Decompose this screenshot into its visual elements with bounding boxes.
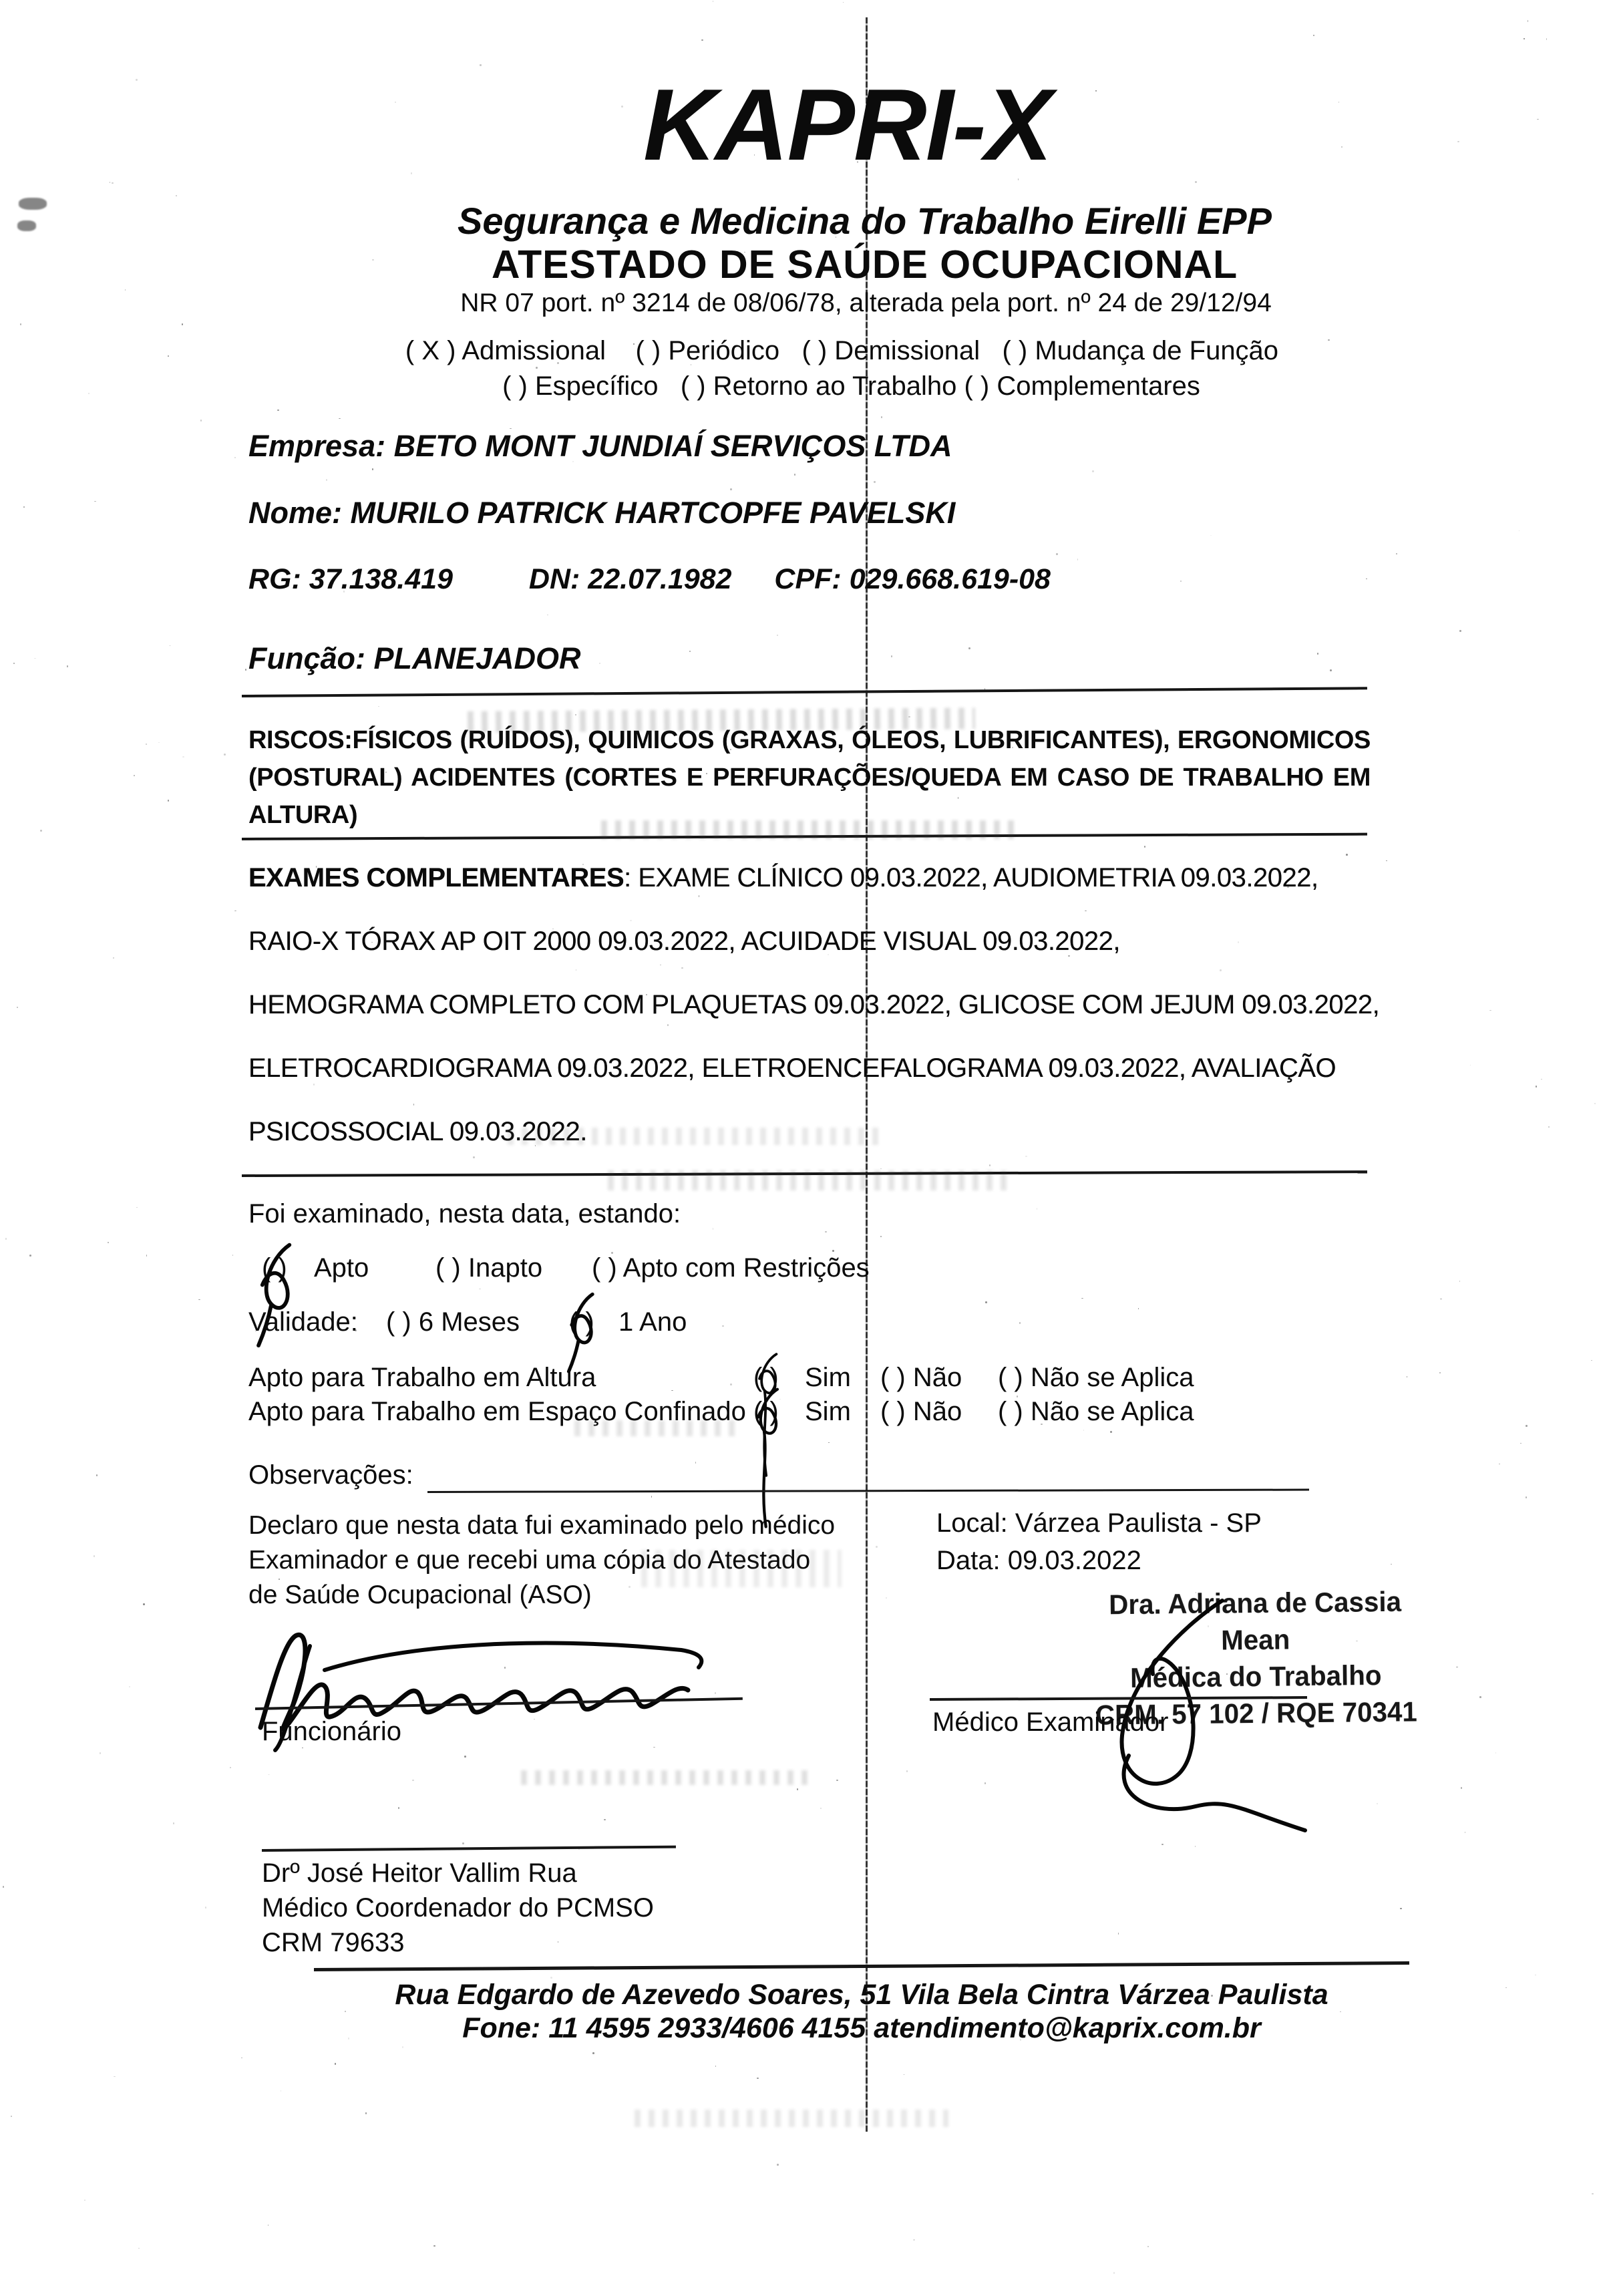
footer-address: Rua Edgardo de Azevedo Soares, 51 Vila B… [281,1979,1443,2011]
exam-line: ELETROCARDIOGRAMA 09.03.2022, ELETROENCE… [248,1053,1336,1084]
coordinator-crm: CRM 79633 [262,1928,404,1958]
funcionario-caption: Funcionário [262,1717,401,1747]
altura-nao-option: ( ) Não [880,1363,962,1393]
examined-intro: Foi examinado, nesta data, estando: [248,1199,681,1229]
field-funcao-label: Função: [248,641,365,675]
observacoes-label: Observações: [248,1460,413,1490]
coordinator-signature-line [262,1846,676,1852]
field-nome: Nome: MURILO PATRICK HARTCOPFE PAVELSKI [248,496,955,530]
validade-label: Validade: [248,1307,358,1337]
field-dn-label: DN: [529,563,580,595]
altura-na-option: ( ) Não se Aplica [998,1363,1194,1393]
altura-label: Apto para Trabalho em Altura [248,1363,596,1393]
field-funcao: Função: PLANEJADOR [248,641,581,676]
confinado-sim-label: Sim [805,1397,851,1427]
regulation-reference: NR 07 port. nº 3214 de 08/06/78, alterad… [61,289,1609,318]
document-title: ATESTADO DE SAÚDE OCUPACIONAL [60,242,1609,287]
local-line: Local: Várzea Paulista - SP [936,1508,1262,1538]
handwritten-check-mark [562,1289,604,1373]
handwritten-check-mark [749,1385,788,1529]
field-rg-dn-cpf: RG: 37.138.419 DN: 22.07.1982 CPF: 029.6… [248,563,1051,596]
apto-restricoes-option: ( ) Apto com Restrições [592,1253,870,1283]
field-dn-value: 22.07.1982 [588,563,731,595]
inapto-option: ( ) Inapto [435,1253,542,1283]
altura-sim-label: Sim [805,1363,851,1393]
field-rg-value: 37.138.419 [309,563,453,595]
field-cpf-value: 029.668.619-08 [850,563,1051,595]
confinado-nao-option: ( ) Não [880,1397,962,1427]
exam-line: EXAMES COMPLEMENTARES: EXAME CLÍNICO 09.… [248,863,1318,893]
coordinator-name: Drº José Heitor Vallim Rua [262,1858,577,1889]
coordinator-role: Médico Coordenador do PCMSO [262,1893,654,1923]
exams-label: EXAMES COMPLEMENTARES [248,863,624,892]
exam-line: HEMOGRAMA COMPLETO COM PLAQUETAS 09.03.2… [248,990,1379,1020]
divider-line [242,687,1367,697]
exam-line: RAIO-X TÓRAX AP OIT 2000 09.03.2022, ACU… [248,927,1120,957]
field-funcao-value: PLANEJADOR [374,641,581,675]
field-nome-label: Nome: [248,496,342,530]
risks-paragraph: RISCOS:FÍSICOS (RUÍDOS), QUIMICOS (GRAXA… [248,721,1371,834]
field-rg-label: RG: [248,563,301,595]
exam-type-options-row1: ( X ) Admissional ( ) Periódico ( ) Demi… [37,336,1609,366]
field-empresa: Empresa: BETO MONT JUNDIAÍ SERVIÇOS LTDA [248,429,952,464]
exam-type-options-row2: ( ) Específico ( ) Retorno ao Trabalho (… [47,371,1609,401]
company-logo-text: KAPRI-X [43,67,1609,184]
field-empresa-label: Empresa: [248,429,385,463]
meses-option: ( ) 6 Meses [386,1307,520,1337]
company-subtitle: Segurança e Medicina do Trabalho Eirelli… [60,199,1609,242]
footer-rule [314,1961,1409,1971]
scanned-document: KAPRI-X Segurança e Medicina do Trabalho… [0,0,1609,2296]
date-line: Data: 09.03.2022 [936,1546,1141,1576]
exam-line-text: : EXAME CLÍNICO 09.03.2022, AUDIOMETRIA … [624,863,1318,892]
field-cpf-label: CPF: [774,563,841,595]
medico-examinador-caption: Médico Examinador [932,1707,1169,1738]
field-empresa-value: BETO MONT JUNDIAÍ SERVIÇOS LTDA [394,429,952,463]
observations-blank-line [427,1489,1309,1493]
footer-phone-email: Fone: 11 4595 2933/4606 4155 atendimento… [281,2012,1443,2045]
apto-label: Apto [314,1253,369,1283]
ano-label: 1 Ano [618,1307,687,1337]
confinado-na-option: ( ) Não se Aplica [998,1397,1194,1427]
field-nome-value: MURILO PATRICK HARTCOPFE PAVELSKI [351,496,956,530]
